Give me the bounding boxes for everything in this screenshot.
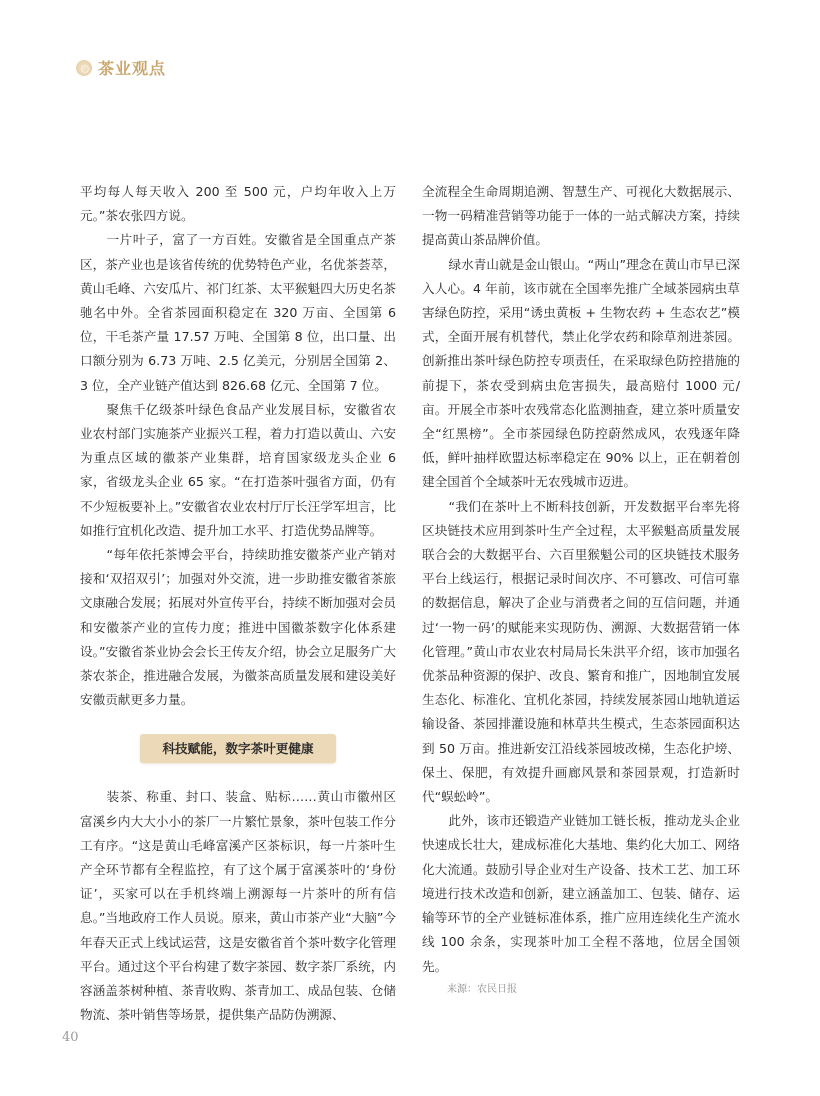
paragraph: 装茶、称重、封口、装盒、贴标……黄山市徽州区富溪乡内大大小小的茶厂一片繁忙景象，… (80, 785, 396, 1027)
article-column-right: 全流程全生命周期追溯、智慧生产、可视化大数据展示、一物一码精准营销等功能于一体的… (422, 180, 740, 1001)
section-header: 茶业观点 (76, 56, 166, 79)
section-title: 茶业观点 (98, 56, 166, 79)
paragraph: 聚焦千亿级茶叶绿色食品产业发展目标，安徽省农业农村部门实施茶产业振兴工程，着力打… (80, 398, 396, 543)
paragraph: “我们在茶叶上不断科技创新，开发数据平台率先将区块链技术应用到茶叶生产全过程，太… (422, 495, 740, 810)
paragraph: 全流程全生命周期追溯、智慧生产、可视化大数据展示、一物一码精准营销等功能于一体的… (422, 180, 740, 253)
paragraph: “每年依托茶博会平台，持续助推安徽茶产业产销对接和‘双招双引’；加强对外交流，进… (80, 543, 396, 712)
paragraph: 一片叶子，富了一方百姓。安徽省是全国重点产茶区，茶产业也是该省传统的优势特色产业… (80, 228, 396, 397)
article-column-left: 平均每人每天收入 200 至 500 元，户均年收入上万元。”茶农张四方说。 一… (80, 180, 396, 1028)
paragraph: 此外，该市还锻造产业链加工链长板，推动龙头企业快速成长壮大，建成标准化大基地、集… (422, 809, 740, 978)
paragraph: 绿水青山就是金山银山。“两山”理念在黄山市早已深入人心。4 年前，该市就在全国率… (422, 253, 740, 495)
article-source: 来源：农民日报 (422, 979, 740, 1001)
section-subheading: 科技赋能，数字茶叶更健康 (140, 734, 335, 763)
paragraph: 平均每人每天收入 200 至 500 元，户均年收入上万元。”茶农张四方说。 (80, 180, 396, 228)
subheading-wrapper: 科技赋能，数字茶叶更健康 (80, 734, 396, 763)
tea-emblem-icon (76, 60, 92, 76)
page-number: 40 (62, 1030, 79, 1045)
